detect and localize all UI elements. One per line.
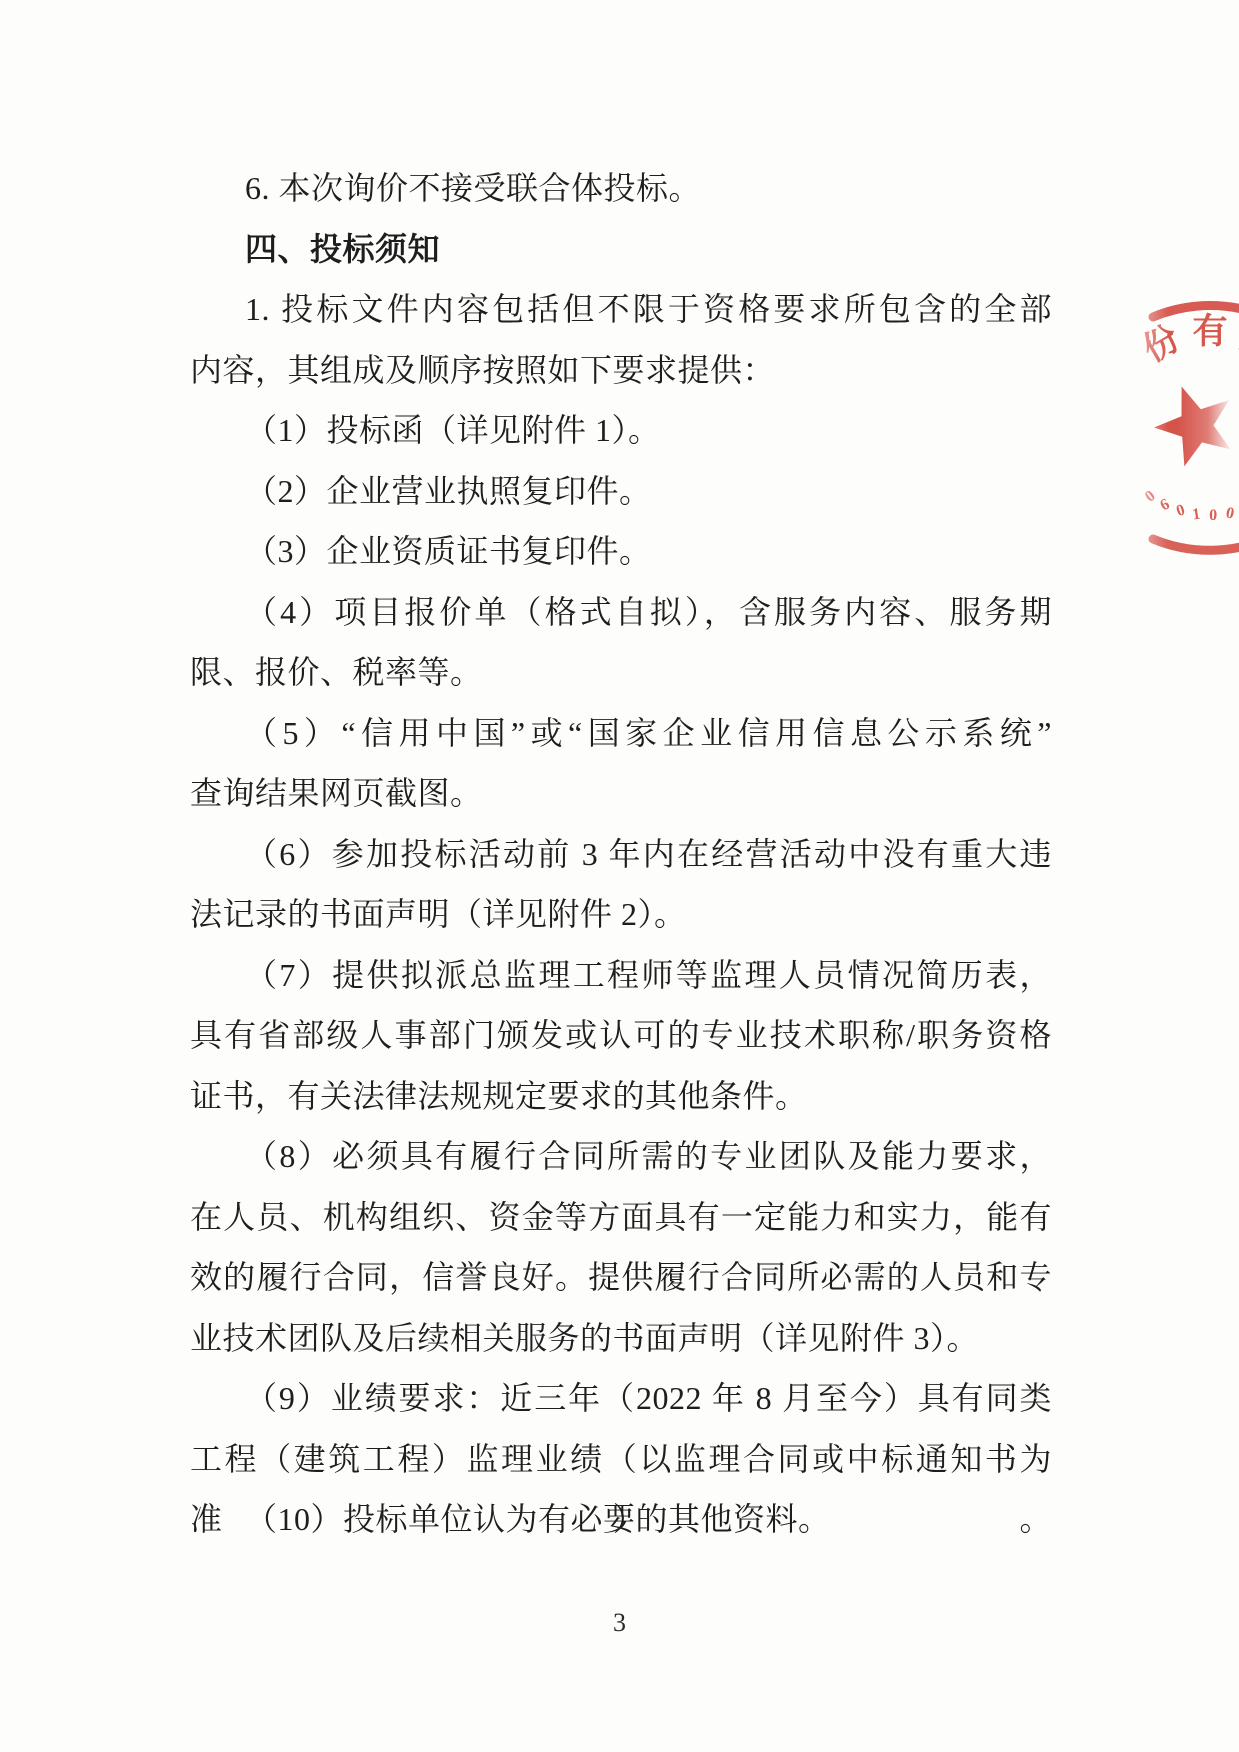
seal-serial-digit: 0 [1224,504,1235,522]
seal-char: 有 [1192,312,1227,351]
seal-serial-digit: 0 [1209,507,1218,524]
text-line: 业技术团队及后续相关服务的书面声明（详见附件 3）。 [190,1308,1052,1369]
seal-serial-digit: 0 [1174,501,1187,520]
text-line: （6）参加投标活动前 3 年内在经营活动中没有重大违 [190,824,1052,885]
seal-arc-text: 份有限公司 [1136,312,1239,448]
text-line: 6. 本次询价不接受联合体投标。 [190,158,1052,219]
seal-serial-digit: 0 [1142,487,1159,505]
seal-serial-number: 0601002 [1142,487,1239,524]
text-line: （4）项目报价单（格式自拟），含服务内容、服务期 [190,582,1052,643]
text-line: （7）提供拟派总监理工程师等监理人员情况简历表， [190,945,1052,1006]
text-line: 法记录的书面声明（详见附件 2）。 [190,884,1052,945]
seal-char: 限 [1234,318,1239,369]
seal-serial-digit: 1 [1191,506,1201,524]
page-number: 3 [0,1608,1239,1638]
text-line: 证书，有关法律法规规定要求的其他条件。 [190,1066,1052,1127]
text-line: 限、报价、税率等。 [190,642,1052,703]
text-line: （8）必须具有履行合同所需的专业团队及能力要求， [190,1126,1052,1187]
text-line: （9）业绩要求：近三年（2022 年 8 月至今）具有同类 [190,1368,1052,1429]
seal-char: 份 [1136,318,1186,369]
text-line: 内容，其组成及顺序按照如下要求提供： [190,340,1052,401]
seal-bottom-arc [1153,534,1239,550]
text-line: 在人员、机构组织、资金等方面具有一定能力和实力，能有 [190,1187,1052,1248]
seal-top-arc [1153,306,1239,358]
text-line: 工程（建筑工程）监理业绩（以监理合同或中标通知书为准）。 [190,1429,1052,1490]
company-seal-stamp: 份有限公司 0601002 [1060,230,1239,630]
text-line: （5）“信用中国”或“国家企业信用信息公示系统” [190,703,1052,764]
text-line: 具有省部级人事部门颁发或认可的专业技术职称/职务资格 [190,1005,1052,1066]
text-line: （1）投标函（详见附件 1）。 [190,400,1052,461]
document-page: 6. 本次询价不接受联合体投标。四、投标须知1. 投标文件内容包括但不限于资格要… [0,0,1239,1752]
text-line: 四、投标须知 [190,219,1052,280]
text-line: 1. 投标文件内容包括但不限于资格要求所包含的全部 [190,279,1052,340]
red-seal-icon: 份有限公司 0601002 [1060,230,1239,630]
document-body: 6. 本次询价不接受联合体投标。四、投标须知1. 投标文件内容包括但不限于资格要… [190,158,1052,1550]
text-line: 效的履行合同，信誉良好。提供履行合同所必需的人员和专 [190,1247,1052,1308]
text-line: （3）企业资质证书复印件。 [190,521,1052,582]
text-line: 查询结果网页截图。 [190,763,1052,824]
seal-serial-digit: 6 [1157,496,1172,515]
seal-star-icon [1154,387,1231,467]
text-line: （2）企业营业执照复印件。 [190,461,1052,522]
